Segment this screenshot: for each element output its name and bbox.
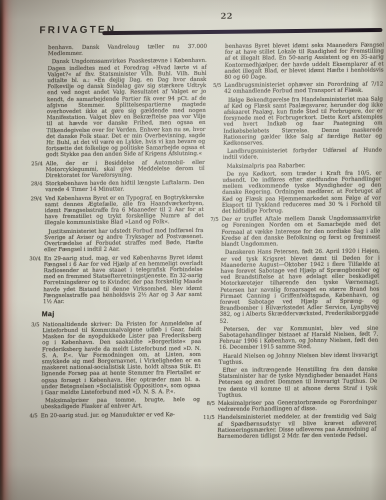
entry-date: 29/4: [25, 196, 42, 202]
chronicle-entry: benhavns Byret blevet idømt seks Maanede…: [224, 42, 384, 80]
chronicle-entry: Ifølge Bekendtgørelse fra Handelsministe…: [223, 96, 383, 147]
entry-text: benhavns Byret blevet idømt seks Maanede…: [224, 42, 384, 80]
chronicle-entry: Justitsministeriet har udstedt Forbud mo…: [44, 228, 203, 254]
column-right-entries: benhavns Byret blevet idømt seks Maanede…: [217, 42, 384, 440]
entry-date: 5/5: [204, 83, 221, 89]
chronicle-entry: 4/5 En 20-aarig stud. jur. og Manuduktør…: [41, 412, 200, 419]
entry-date: 7/5: [202, 217, 219, 223]
entry-date: 8/5: [198, 401, 215, 407]
chronicle-entry: 3/5 Nationaltidende skriver: Da Fristen …: [41, 321, 201, 397]
masthead-rule: [102, 28, 382, 35]
chronicle-entry: 28/4 Storkøbenhavn havde den hidtil læng…: [45, 180, 204, 194]
chronicle-entry: Landbrugsministeriet forbyder Udførsel a…: [223, 148, 382, 162]
page-content: 22 FRIVAGTEN benhavn. Dansk Vandrelaug t…: [0, 0, 386, 500]
entry-text: Landbrugsministeriet forbyder Udførsel a…: [223, 148, 382, 162]
entry-date: 3/5: [22, 322, 39, 328]
column-left-april-entries: benhavn. Dansk Vandrelaug tæller nu 37.0…: [43, 44, 207, 305]
chronicle-entry: 8/5 Maksimalpriser paa Generatorbrænde o…: [218, 400, 377, 414]
chronicle-entry: Harald Nielsen og Johnny Nielsen blev id…: [219, 352, 378, 366]
chronicle-entry: Danskeren Hans Petersen, født 26. April …: [219, 249, 379, 325]
chronicle-entry: 29/4 Ved Københavns Byret er en Typograf…: [44, 195, 204, 227]
column-left-may-entries: 3/5 Nationaltidende skriver: Da Fristen …: [41, 321, 202, 419]
book-page-photo: 22 FRIVAGTEN benhavn. Dansk Vandrelaug t…: [0, 0, 386, 500]
entry-text: Harald Nielsen og Johnny Nielsen blev id…: [219, 352, 378, 366]
entry-date: 30/4: [24, 256, 41, 262]
chronicle-entry: 11/5 Handelsministeriet meddeler, at der…: [217, 414, 376, 440]
entry-text: benhavn. Dansk Vandrelaug tæller nu 37.0…: [48, 44, 207, 58]
entry-text: Maksimalpris paa Rabarber.: [223, 162, 382, 169]
entry-text: Handelsministeriet meddeler, at der frem…: [217, 414, 376, 440]
month-header: Maj: [42, 311, 202, 318]
entry-text: Maksimalpriser paa Generatorbrænde og Fo…: [218, 400, 377, 414]
column-left: benhavn. Dansk Vandrelaug tæller nu 37.0…: [41, 44, 208, 421]
entry-text: Ifølge Bekendtgørelse fra Handelsministe…: [223, 96, 383, 147]
chronicle-entry: De nye Kødkort, som træder i Kraft fra 1…: [222, 170, 382, 215]
entry-text: Petersen, der var Kommunist, blev ved si…: [219, 325, 378, 351]
entry-text: Justitsministeriet har udstedt Forbud mo…: [44, 228, 203, 254]
chronicle-entry: benhavn. Dansk Vandrelaug tæller nu 37.0…: [48, 44, 207, 58]
entry-date: 4/5: [21, 413, 38, 419]
entry-text: De nye Kødkort, som træder i Kraft fra 1…: [222, 170, 382, 215]
chronicle-entry: Dansk Ungdomssamvirkes Paaskestævne i Kø…: [46, 58, 207, 159]
entry-text: Nationaltidende skriver: Da Fristen for …: [41, 321, 201, 397]
entry-date: 25/4: [26, 161, 43, 167]
chronicle-entry: Efter en indtrængende Henstilling fra de…: [218, 367, 378, 399]
chronicle-entry: Petersen, der var Kommunist, blev ved si…: [219, 325, 378, 351]
entry-text: En 20-aarig stud. jur. og Manuduktør er …: [41, 412, 200, 419]
entry-text: Danskeren Hans Petersen, født 26. April …: [219, 249, 379, 325]
chronicle-entry: 25/4 Alle, der er i Besiddelse af Automo…: [45, 160, 204, 180]
chronicle-entry: Maksimalpriser paa tomme, brugte, hele o…: [41, 397, 200, 411]
entry-text: Storkøbenhavn havde den hidtil længste L…: [45, 180, 204, 194]
entry-text: En 29-aarig stud. mag. er ved Københavns…: [43, 254, 203, 305]
chronicle-entry: 30/4 En 29-aarig stud. mag. er ved Køben…: [43, 254, 203, 305]
entry-text: Efter en indtrængende Henstilling fra de…: [218, 367, 378, 399]
chronicle-entry: 7/5 Der er truffet Aftale mellem Dansk U…: [221, 216, 381, 248]
entry-text: Maksimalpriser paa tomme, brugte, hele o…: [41, 397, 200, 411]
entry-text: Der er truffet Aftale mellem Dansk Ungdo…: [221, 216, 381, 248]
entry-text: Ved Københavns Byret er en Typograf, en …: [44, 195, 204, 227]
entry-date: 28/4: [25, 181, 42, 187]
entry-text: Landbrugsministeriet ophæver sin Forordn…: [224, 82, 383, 96]
entry-date: 11/5: [198, 415, 215, 421]
chronicle-entry: Maksimalpris paa Rabarber.: [223, 162, 382, 169]
page-number: 22: [221, 11, 233, 21]
chronicle-entry: 5/5 Landbrugsministeriet ophæver sin For…: [224, 82, 383, 96]
entry-text: Dansk Ungdomssamvirkes Paaskestævne i Kø…: [46, 58, 207, 159]
column-right: benhavns Byret blevet idømt seks Maanede…: [217, 42, 384, 442]
entry-text: Alle, der er i Besiddelse af Automobil- …: [45, 160, 204, 180]
